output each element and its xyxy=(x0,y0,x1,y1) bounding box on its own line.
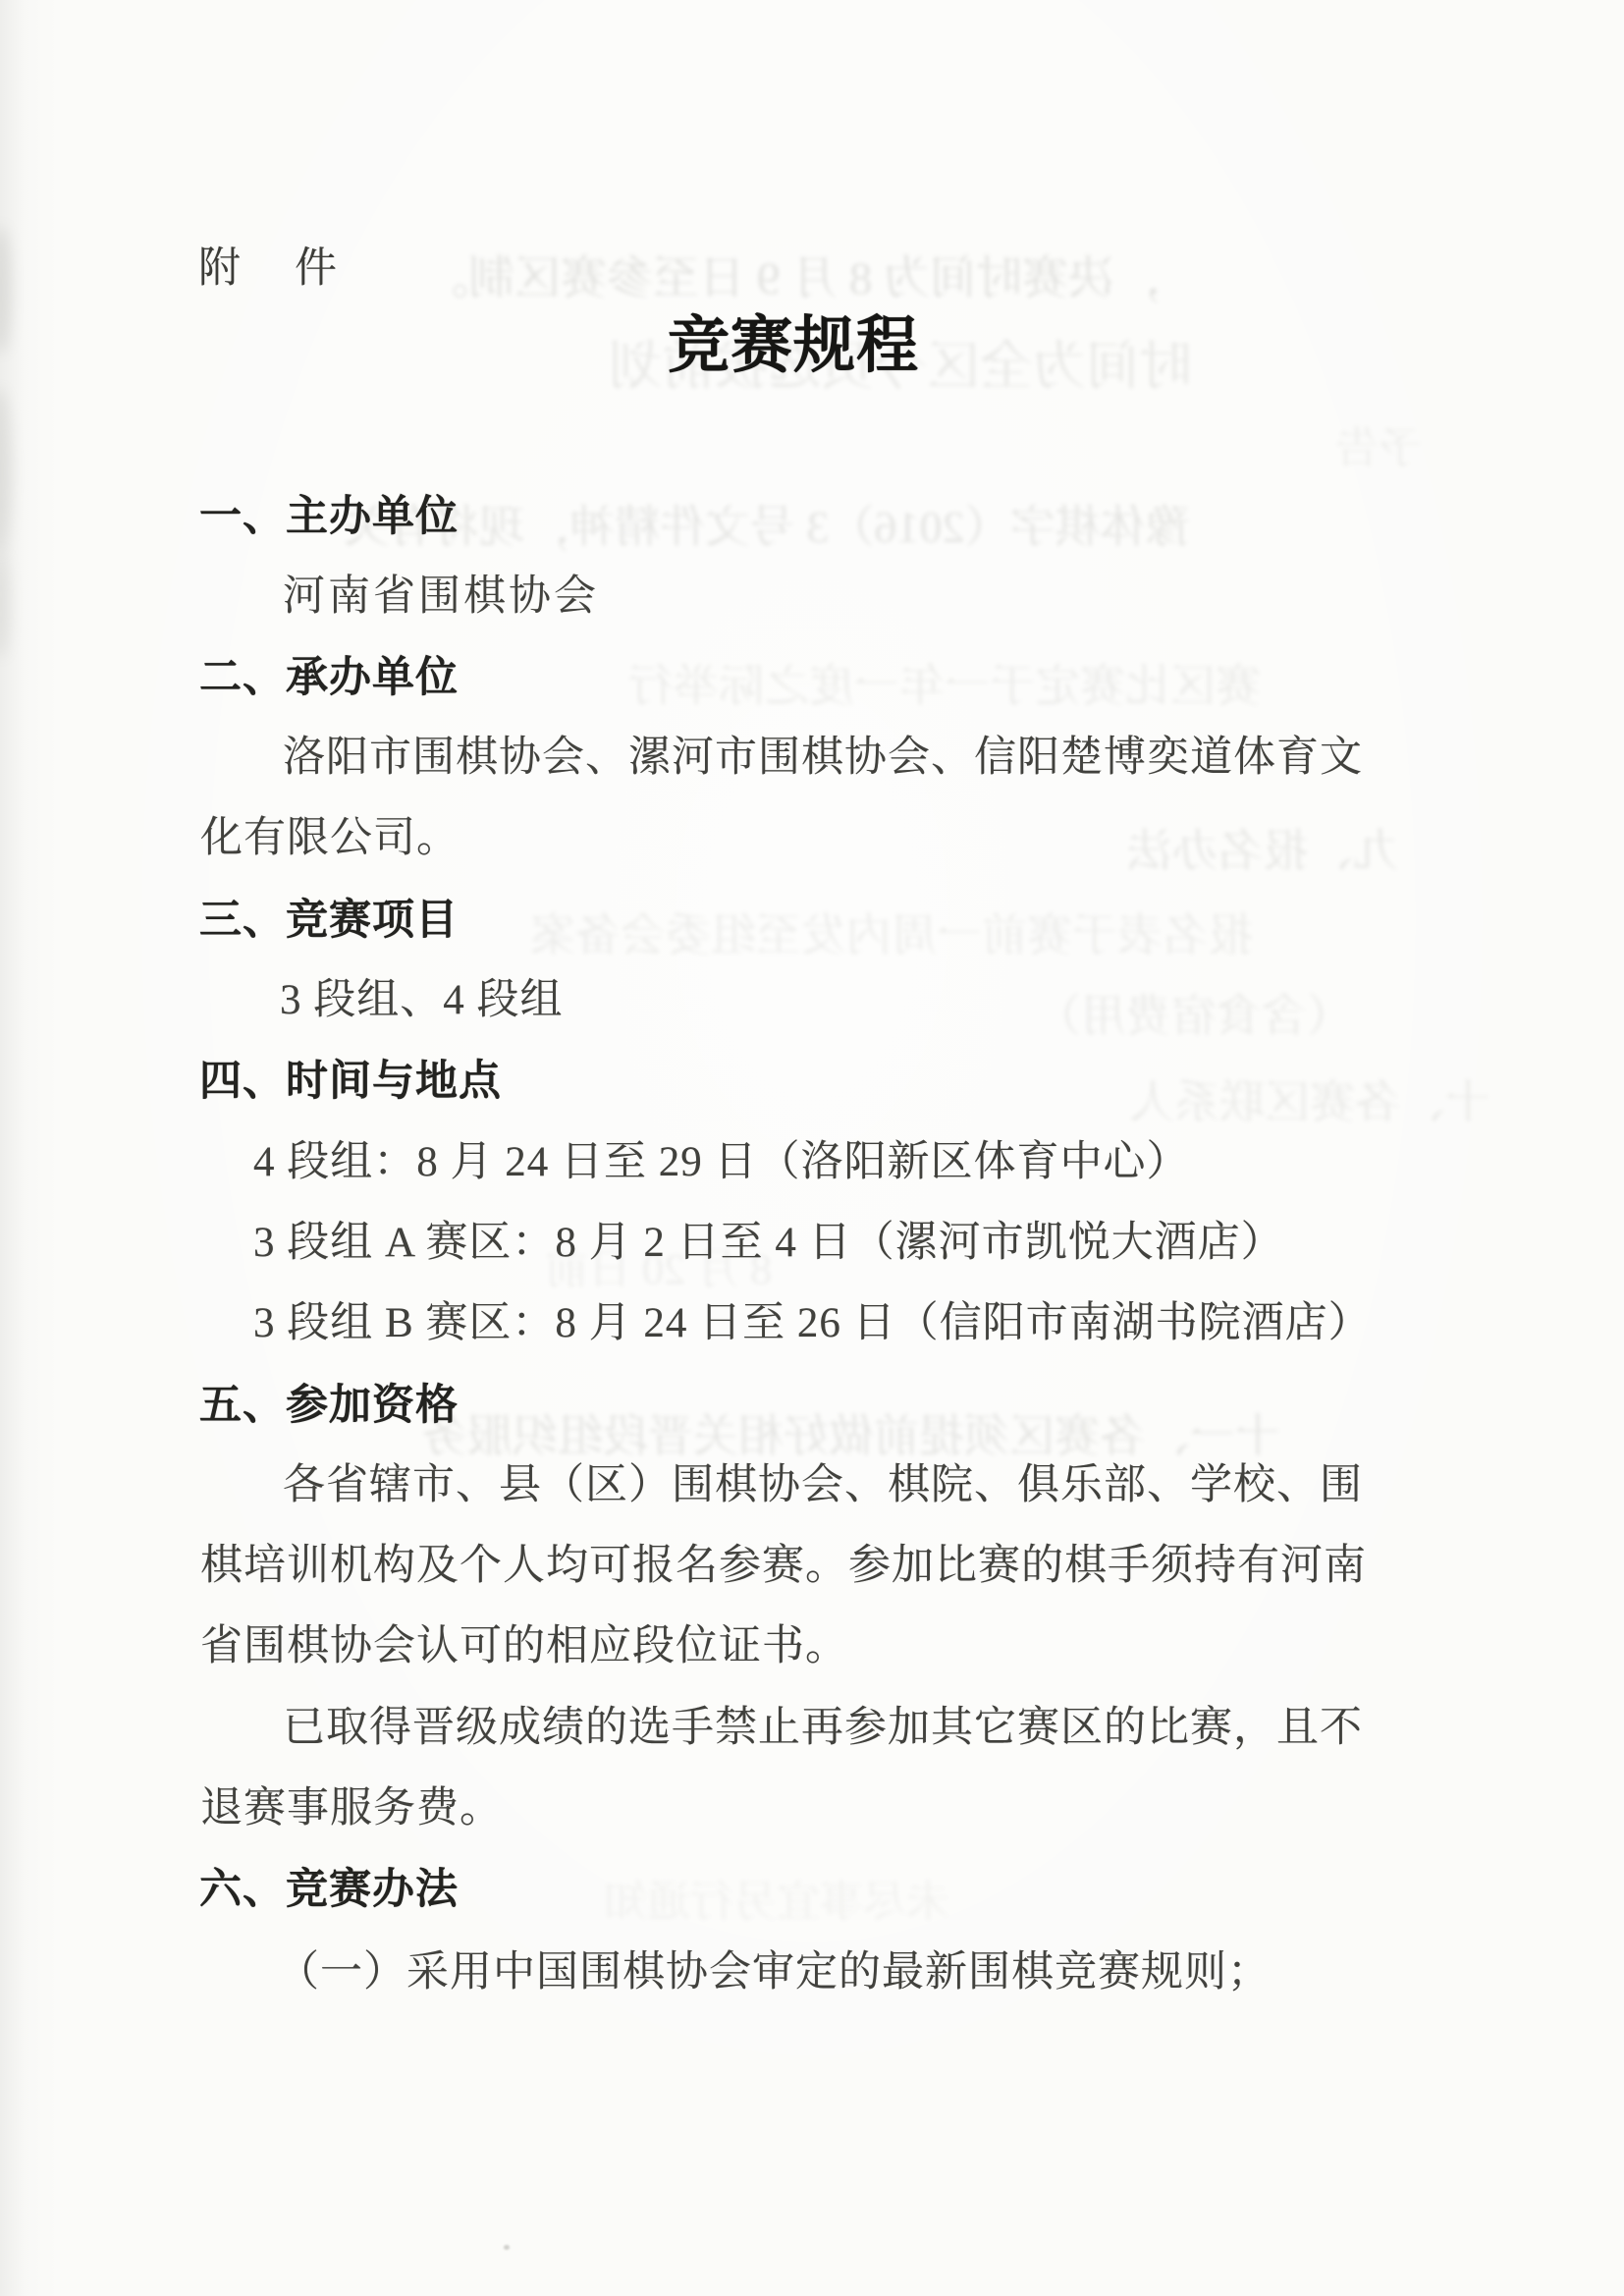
body-line: 退赛事服务费。 xyxy=(200,1785,503,1832)
bleed-through-fragment: 十、各赛区联系人 xyxy=(1129,1066,1490,1131)
body-line: 省围棋协会认可的相应段位证书。 xyxy=(200,1623,848,1670)
attachment-label: 附 件 xyxy=(198,246,343,293)
bleed-through-fragment: 豫体棋字（2016）3 号文件精神，现将有关 xyxy=(344,491,1191,556)
scan-smudge xyxy=(0,550,10,658)
page-title: 竞赛规程 xyxy=(668,312,919,380)
body-line: 洛阳市围棋协会、漯河市围棋协会、信阳楚博奕道体育文 xyxy=(283,735,1363,782)
body-line: 3 段组 B 赛区：8 月 24 日至 26 日（信阳市南湖书院酒店） xyxy=(253,1300,1372,1347)
bleed-through-fragment: ，决赛时间为 8 月 9 日至参赛区制。 xyxy=(422,242,1161,307)
scan-speck xyxy=(504,2245,510,2250)
body-line: 化有限公司。 xyxy=(200,815,460,862)
bleed-through-fragment: 十一、各赛区须提前做好相关晋段组织服务 xyxy=(422,1400,1280,1465)
bleed-through-fragment: 未尽事宜另行通知 xyxy=(604,1866,949,1929)
bleed-through-fragment: 予告 xyxy=(1335,412,1422,475)
body-line: 棋培训机构及个人均可报名参赛。参加比赛的棋手须持有河南 xyxy=(200,1543,1367,1590)
scan-smudge xyxy=(0,388,12,555)
bleed-through-fragment: 九、报名办法 xyxy=(1127,815,1398,880)
section-heading-2: 二、承办单位 xyxy=(199,654,459,701)
section-heading-4: 四、时间与地点 xyxy=(199,1058,502,1105)
body-line: 3 段组、4 段组 xyxy=(280,977,564,1024)
body-line: 各省辖市、县（区）围棋协会、棋院、俱乐部、学校、围 xyxy=(283,1462,1363,1509)
body-line: 已取得晋级成绩的选手禁止再参加其它赛区的比赛，且不 xyxy=(283,1705,1363,1752)
section-heading-5: 五、参加资格 xyxy=(199,1382,459,1429)
bleed-through-fragment: 报名表于赛前一周内发至组委会备案 xyxy=(530,900,1253,964)
document-page: ，决赛时间为 8 月 9 日至参赛区制。 时间为全区今员选拔前划 予告 豫体棋字… xyxy=(0,0,1624,2296)
body-line: （一）采用中国围棋协会审定的最新围棋竞赛规则； xyxy=(277,1949,1271,1996)
scan-smudge xyxy=(0,226,12,354)
body-line: 河南省围棋协会 xyxy=(283,574,599,621)
section-heading-3: 三、竞赛项目 xyxy=(199,897,459,944)
body-line: 4 段组：8 月 24 日至 29 日（洛阳新区体育中心） xyxy=(253,1139,1190,1186)
body-line: 3 段组 A 赛区：8 月 2 日至 4 日（漯河市凯悦大酒店） xyxy=(253,1220,1284,1267)
section-heading-1: 一、主办单位 xyxy=(199,493,459,540)
bleed-through-fragment: 赛区比赛定于一年一度之际举行 xyxy=(628,650,1261,715)
bleed-through-fragment: （含食宿费用） xyxy=(1036,980,1352,1045)
section-heading-6: 六、竞赛办法 xyxy=(199,1866,459,1913)
